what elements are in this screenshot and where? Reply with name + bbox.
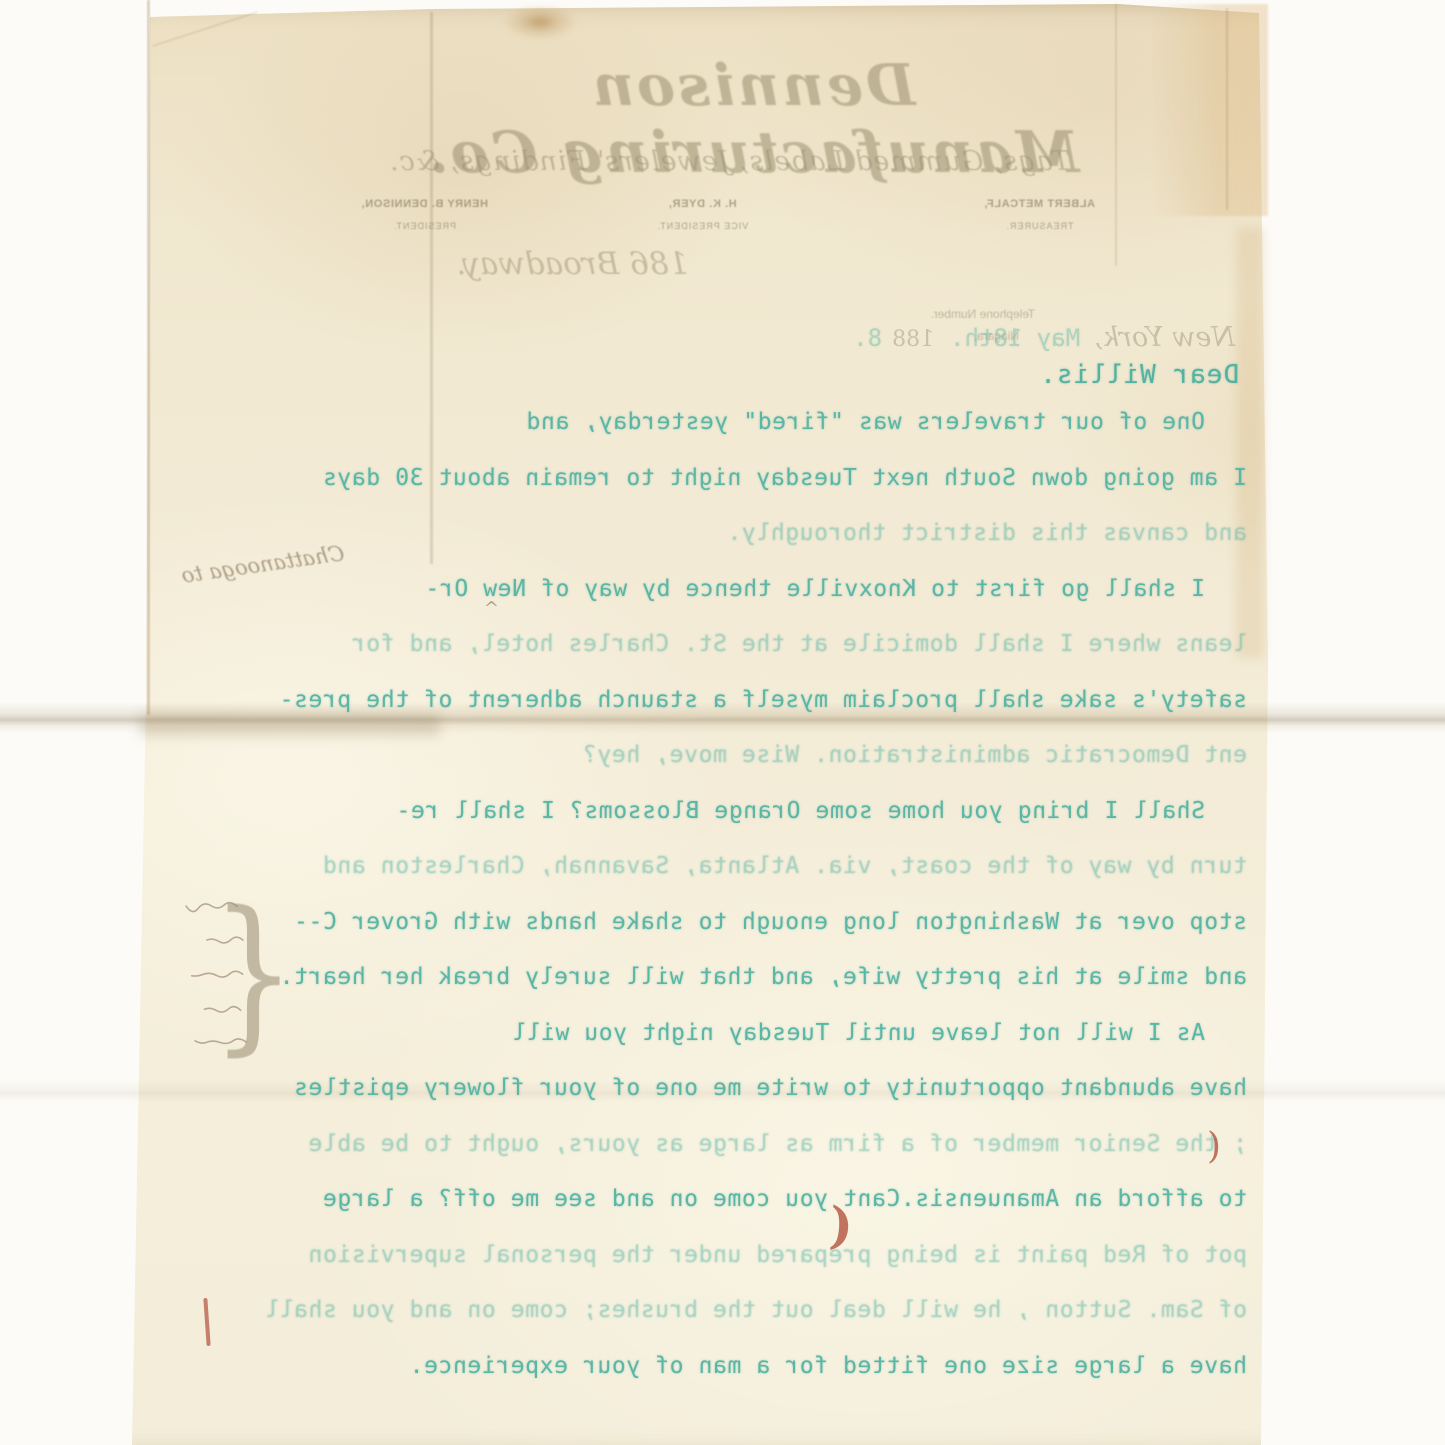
letter-body-line: have abundant opportunity to write me on… bbox=[137, 1075, 1247, 1131]
letter-body-line: have a large size one fitted for a man o… bbox=[137, 1353, 1247, 1409]
dateline-printed-year: 188 bbox=[892, 327, 934, 352]
officer-title: PRESIDENT. bbox=[322, 221, 527, 231]
letter-body-line: I shall go first to Knoxville thence by … bbox=[137, 576, 1247, 632]
salutation: Dear Willis. bbox=[1039, 360, 1239, 390]
officer-vice-president: H. K. DYER, VICE PRESIDENT. bbox=[630, 198, 775, 231]
pencil-margin-scribble bbox=[124, 890, 253, 1073]
letter-scan: Dennison Manufacturing Co. Tags, Gummed … bbox=[0, 0, 1445, 1445]
letter-body-line: stop over at Washington long enough to s… bbox=[137, 909, 1247, 965]
officer-title: TREASURER. bbox=[942, 221, 1137, 231]
red-editorial-paren: ( bbox=[827, 1195, 855, 1256]
dateline: New York,May 18th.1888. bbox=[853, 322, 1235, 353]
letter-body-line: and smile at his pretty wife, and that w… bbox=[137, 964, 1247, 1020]
officer-treasurer: ALBERT METCALF, TREASURER. bbox=[942, 198, 1137, 231]
officer-name: ALBERT METCALF, bbox=[942, 198, 1137, 210]
dateline-typed-date: May 18th. bbox=[950, 324, 1080, 352]
letter-body-line: pot of Red paint is being prepared under… bbox=[137, 1242, 1247, 1298]
pencil-caret-mark: ^ bbox=[484, 598, 499, 619]
letter-body-line: As I will not leave until Tuesday night … bbox=[137, 1020, 1247, 1076]
dateline-typed-year-digit: 8. bbox=[853, 324, 882, 352]
letterhead-tagline: Tags, Gummed Labels, Jewelers' Findings,… bbox=[372, 146, 1087, 177]
officer-name: H. K. DYER, bbox=[630, 198, 775, 210]
letter-body-line: ent Democratic administration. Wise move… bbox=[137, 742, 1247, 798]
letterhead-address: 186 Broadway. bbox=[440, 246, 705, 282]
letter-body-line: turn by way of the coast, via. Atlanta, … bbox=[137, 853, 1247, 909]
letter-body-line: I am going down South next Tuesday night… bbox=[137, 465, 1247, 521]
mirrored-showthrough-content: Dennison Manufacturing Co. Tags, Gummed … bbox=[0, 0, 1445, 1445]
officer-name: HENRY B. DENNISON, bbox=[322, 198, 527, 210]
letter-body-line: safety's sake shall proclaim myself a st… bbox=[137, 687, 1247, 743]
letter-body-line: Shall I bring you home some Orange Bloss… bbox=[137, 798, 1247, 854]
letter-body-line: leans where I shall domicile at the St. … bbox=[137, 631, 1247, 687]
officer-president: HENRY B. DENNISON, PRESIDENT. bbox=[322, 198, 527, 231]
letter-body-line: ; the Senior member of a firm as large a… bbox=[137, 1131, 1247, 1187]
red-editorial-paren: ( bbox=[1207, 1126, 1221, 1167]
dateline-printed-city: New York, bbox=[1094, 322, 1235, 353]
letter-body-line: to afford an Amanuensis.Cant you come on… bbox=[137, 1186, 1247, 1242]
letter-body-line: One of our travelers was "fired" yesterd… bbox=[137, 409, 1247, 465]
letter-body-line: of Sam. Sutton , he will deal out the br… bbox=[137, 1297, 1247, 1353]
officer-title: VICE PRESIDENT. bbox=[630, 221, 775, 231]
